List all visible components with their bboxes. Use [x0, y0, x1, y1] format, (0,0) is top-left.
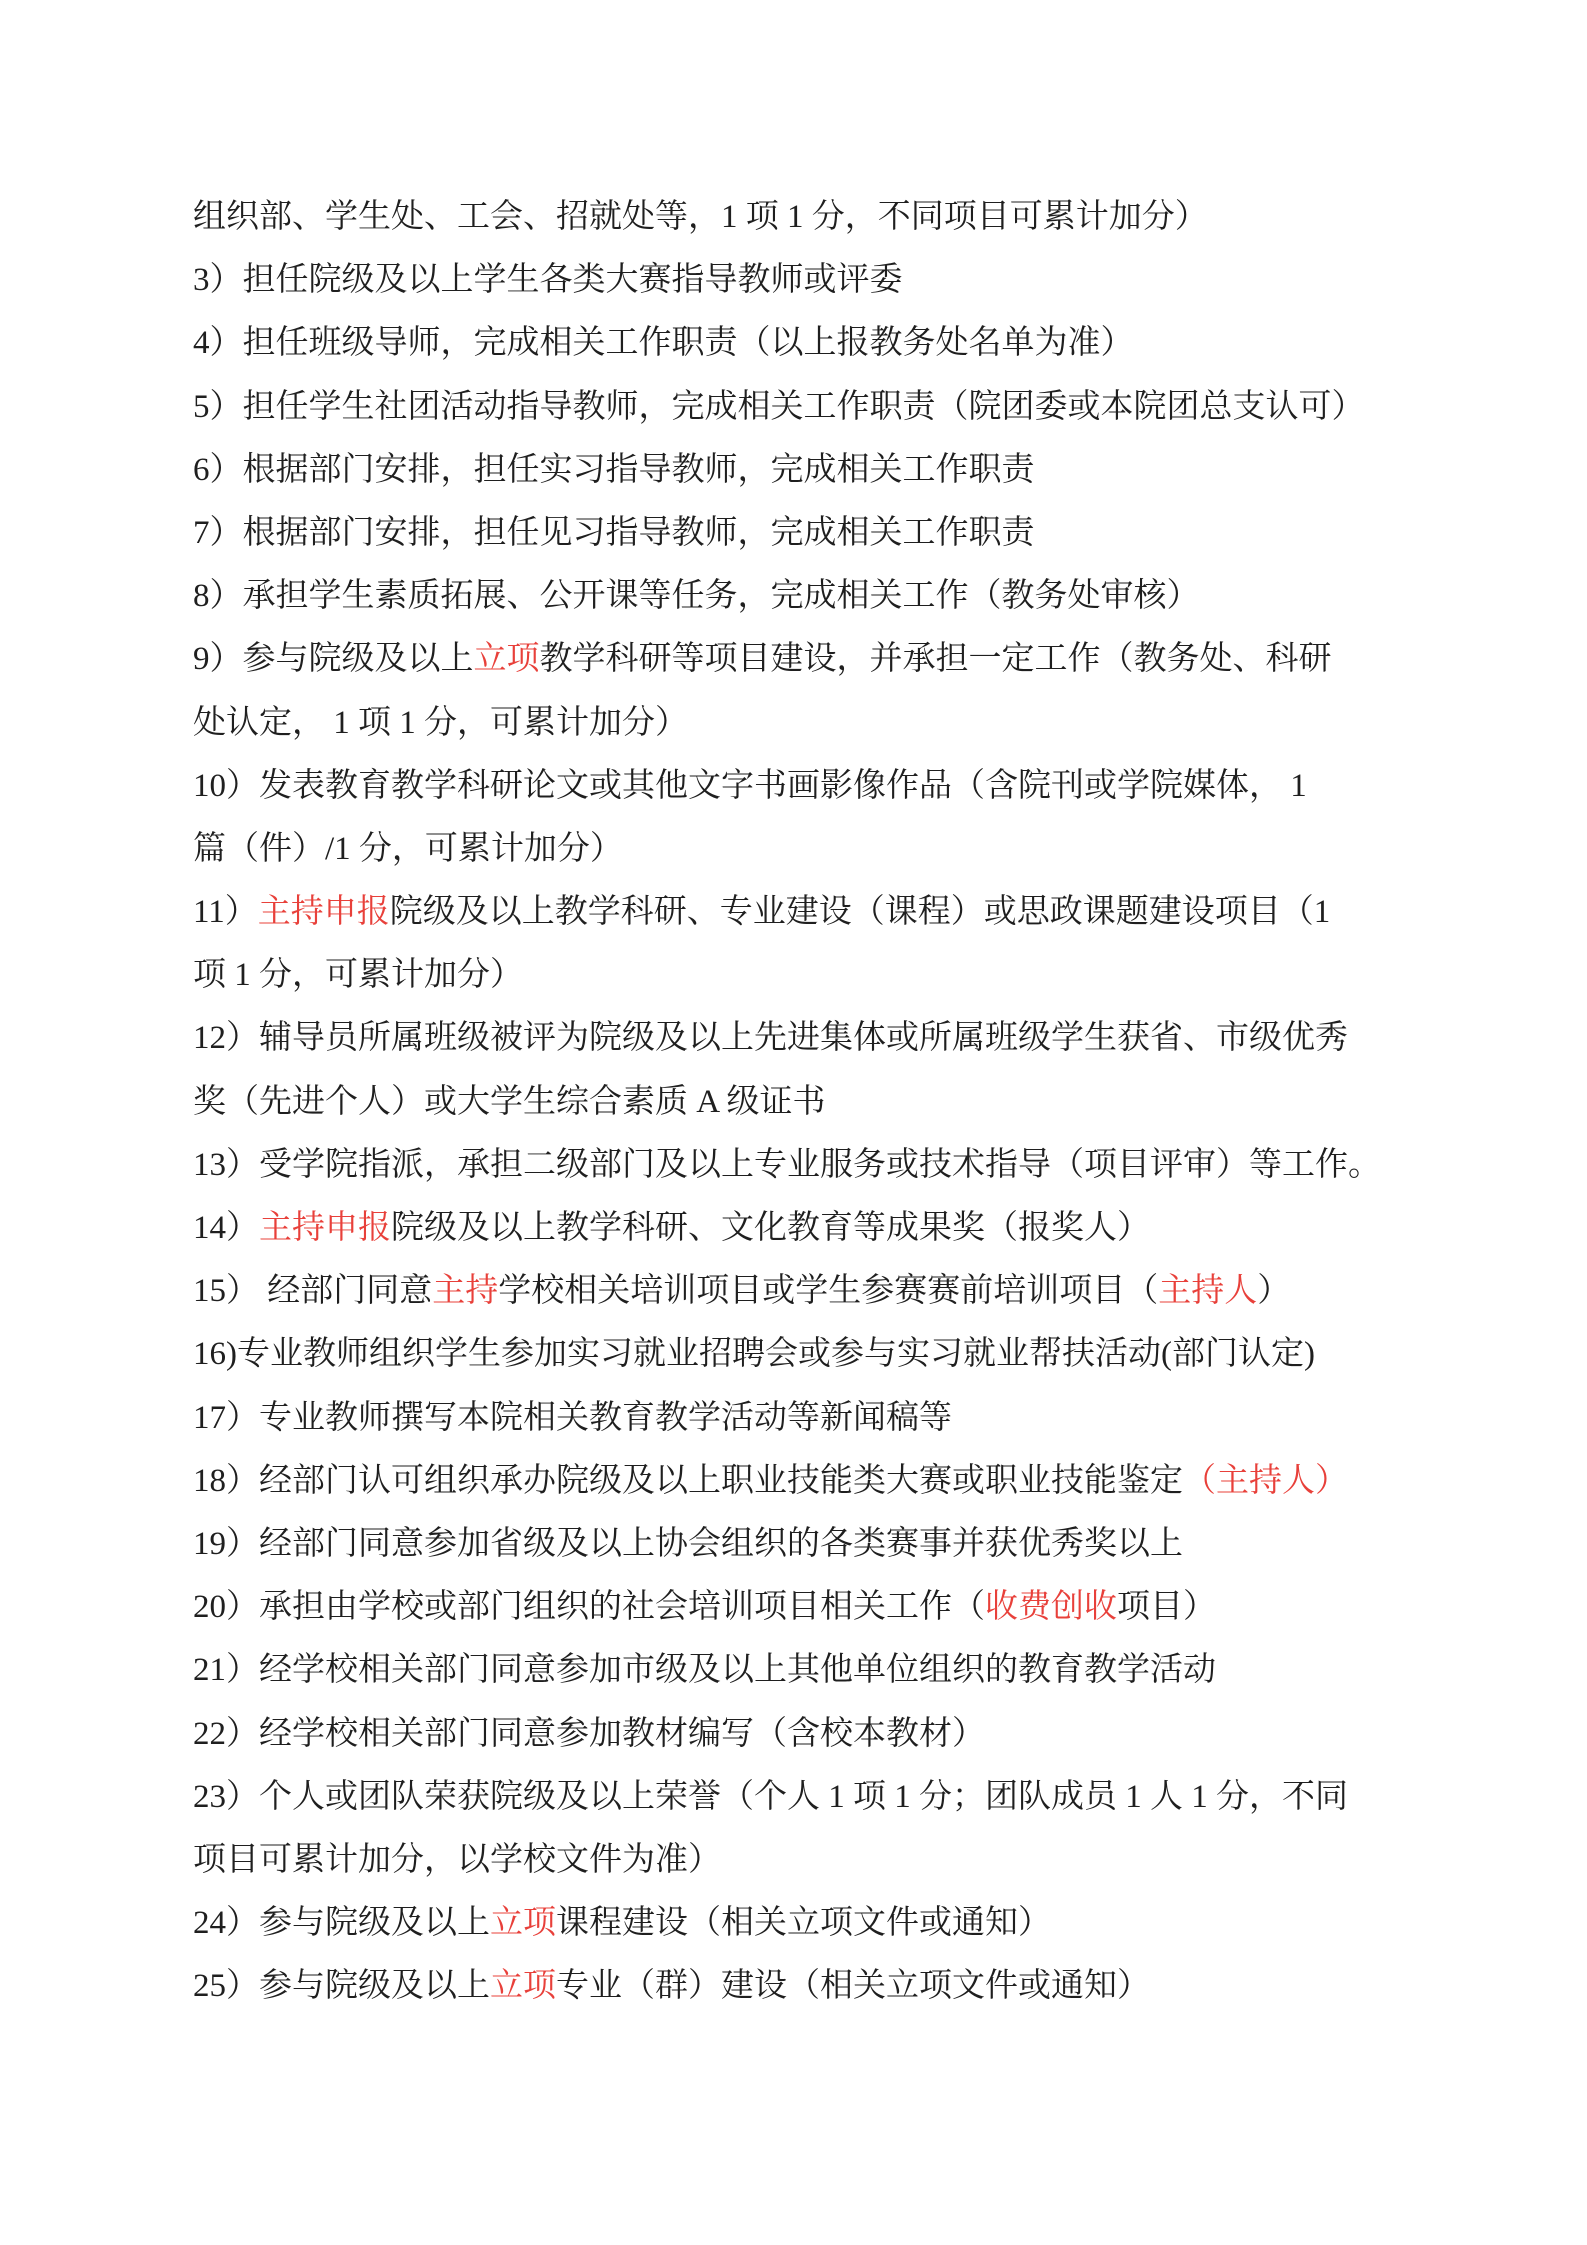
text-line: 5）担任学生社团活动指导教师，完成相关工作职责（院团委或本院团总支认可） [193, 376, 1453, 439]
text-line: 14）主持申报院级及以上教学科研、文化教育等成果奖（报奖人） [193, 1197, 1453, 1260]
text-segment: 项目可累计加分，以学校文件为准） [193, 1842, 721, 1878]
text-segment: 10）发表教育教学科研论文或其他文字书画影像作品（含院刊或学院媒体， 1 [193, 768, 1307, 804]
text-segment: 8）承担学生素质拓展、公开课等任务，完成相关工作（教务处审核） [193, 578, 1200, 614]
text-segment: 专业（群）建设（相关立项文件或通知） [556, 1968, 1150, 2004]
text-segment: 3）担任院级及以上学生各类大赛指导教师或评委 [193, 262, 903, 298]
text-segment: 教学科研等项目建设，并承担一定工作（教务处、科研 [540, 641, 1332, 677]
text-line: 24）参与院级及以上立项课程建设（相关立项文件或通知） [193, 1892, 1453, 1955]
highlighted-text: 主持申报 [259, 1210, 391, 1246]
highlighted-text: （主持人） [1183, 1463, 1348, 1499]
text-segment: ） [1257, 1273, 1290, 1309]
text-line: 4）担任班级导师，完成相关工作职责（以上报教务处名单为准） [193, 312, 1453, 375]
text-line: 10）发表教育教学科研论文或其他文字书画影像作品（含院刊或学院媒体， 1 [193, 755, 1453, 818]
text-segment: 15） 经部门同意 [193, 1273, 432, 1309]
text-line: 21）经学校相关部门同意参加市级及以上其他单位组织的教育教学活动 [193, 1639, 1453, 1702]
text-segment: 19）经部门同意参加省级及以上协会组织的各类赛事并获优秀奖以上 [193, 1526, 1183, 1562]
highlighted-text: 立项 [474, 641, 540, 677]
text-line: 项 1 分，可累计加分） [193, 944, 1453, 1007]
document-page: 组织部、学生处、工会、招就处等，1 项 1 分，不同项目可累计加分）3）担任院级… [0, 0, 1587, 2245]
text-line: 23）个人或团队荣获院级及以上荣誉（个人 1 项 1 分；团队成员 1 人 1 … [193, 1766, 1453, 1829]
text-segment: 11） [193, 894, 258, 930]
highlighted-text: 立项 [490, 1968, 556, 2004]
text-line: 组织部、学生处、工会、招就处等，1 项 1 分，不同项目可累计加分） [193, 186, 1453, 249]
text-segment: 18）经部门认可组织承办院级及以上职业技能类大赛或职业技能鉴定 [193, 1463, 1183, 1499]
text-segment: 6）根据部门安排，担任实习指导教师，完成相关工作职责 [193, 452, 1035, 488]
text-line: 11）主持申报院级及以上教学科研、专业建设（课程）或思政课题建设项目（1 [193, 881, 1453, 944]
text-line: 8）承担学生素质拓展、公开课等任务，完成相关工作（教务处审核） [193, 565, 1453, 628]
text-line: 17）专业教师撰写本院相关教育教学活动等新闻稿等 [193, 1387, 1453, 1450]
text-line: 22）经学校相关部门同意参加教材编写（含校本教材） [193, 1703, 1453, 1766]
text-segment: 篇（件）/1 分，可累计加分） [193, 831, 623, 867]
document-body: 组织部、学生处、工会、招就处等，1 项 1 分，不同项目可累计加分）3）担任院级… [193, 186, 1453, 2018]
text-segment: 奖（先进个人）或大学生综合素质 A 级证书 [193, 1084, 826, 1120]
text-segment: 院级及以上教学科研、专业建设（课程）或思政课题建设项目（1 [390, 894, 1331, 930]
text-line: 13）受学院指派，承担二级部门及以上专业服务或技术指导（项目评审）等工作。 [193, 1134, 1453, 1197]
text-segment: 处认定， 1 项 1 分，可累计加分） [193, 705, 688, 741]
highlighted-text: 主持申报 [258, 894, 390, 930]
text-segment: 学校相关培训项目或学生参赛赛前培训项目（ [498, 1273, 1158, 1309]
text-segment: 院级及以上教学科研、文化教育等成果奖（报奖人） [391, 1210, 1150, 1246]
text-segment: 16)专业教师组织学生参加实习就业招聘会或参与实习就业帮扶活动(部门认定) [193, 1336, 1315, 1372]
text-segment: 14） [193, 1210, 259, 1246]
text-segment: 9）参与院级及以上 [193, 641, 474, 677]
text-segment: 17）专业教师撰写本院相关教育教学活动等新闻稿等 [193, 1400, 952, 1436]
text-segment: 7）根据部门安排，担任见习指导教师，完成相关工作职责 [193, 515, 1035, 551]
highlighted-text: 主持 [432, 1273, 498, 1309]
text-line: 项目可累计加分，以学校文件为准） [193, 1829, 1453, 1892]
highlighted-text: 主持人 [1158, 1273, 1257, 1309]
text-segment: 23）个人或团队荣获院级及以上荣誉（个人 1 项 1 分；团队成员 1 人 1 … [193, 1779, 1348, 1815]
text-segment: 24）参与院级及以上 [193, 1905, 490, 1941]
highlighted-text: 立项 [490, 1905, 556, 1941]
text-line: 7）根据部门安排，担任见习指导教师，完成相关工作职责 [193, 502, 1453, 565]
text-segment: 21）经学校相关部门同意参加市级及以上其他单位组织的教育教学活动 [193, 1652, 1216, 1688]
text-line: 20）承担由学校或部门组织的社会培训项目相关工作（收费创收项目） [193, 1576, 1453, 1639]
text-segment: 13）受学院指派，承担二级部门及以上专业服务或技术指导（项目评审）等工作。 [193, 1147, 1381, 1183]
text-segment: 项目） [1117, 1589, 1216, 1625]
text-segment: 课程建设（相关立项文件或通知） [556, 1905, 1051, 1941]
text-line: 16)专业教师组织学生参加实习就业招聘会或参与实习就业帮扶活动(部门认定) [193, 1323, 1453, 1386]
text-segment: 20）承担由学校或部门组织的社会培训项目相关工作（ [193, 1589, 985, 1625]
text-segment: 组织部、学生处、工会、招就处等，1 项 1 分，不同项目可累计加分） [193, 199, 1208, 235]
text-line: 处认定， 1 项 1 分，可累计加分） [193, 692, 1453, 755]
text-segment: 22）经学校相关部门同意参加教材编写（含校本教材） [193, 1716, 985, 1752]
text-line: 18）经部门认可组织承办院级及以上职业技能类大赛或职业技能鉴定（主持人） [193, 1450, 1453, 1513]
text-line: 9）参与院级及以上立项教学科研等项目建设，并承担一定工作（教务处、科研 [193, 628, 1453, 691]
text-line: 3）担任院级及以上学生各类大赛指导教师或评委 [193, 249, 1453, 312]
text-line: 12）辅导员所属班级被评为院级及以上先进集体或所属班级学生获省、市级优秀 [193, 1007, 1453, 1070]
text-segment: 5）担任学生社团活动指导教师，完成相关工作职责（院团委或本院团总支认可） [193, 389, 1365, 425]
highlighted-text: 收费创收 [985, 1589, 1117, 1625]
text-segment: 25）参与院级及以上 [193, 1968, 490, 2004]
text-segment: 12）辅导员所属班级被评为院级及以上先进集体或所属班级学生获省、市级优秀 [193, 1020, 1348, 1056]
text-line: 6）根据部门安排，担任实习指导教师，完成相关工作职责 [193, 439, 1453, 502]
text-line: 25）参与院级及以上立项专业（群）建设（相关立项文件或通知） [193, 1955, 1453, 2018]
text-segment: 项 1 分，可累计加分） [193, 957, 523, 993]
text-line: 19）经部门同意参加省级及以上协会组织的各类赛事并获优秀奖以上 [193, 1513, 1453, 1576]
text-segment: 4）担任班级导师，完成相关工作职责（以上报教务处名单为准） [193, 325, 1134, 361]
text-line: 15） 经部门同意主持学校相关培训项目或学生参赛赛前培训项目（主持人） [193, 1260, 1453, 1323]
text-line: 篇（件）/1 分，可累计加分） [193, 818, 1453, 881]
text-line: 奖（先进个人）或大学生综合素质 A 级证书 [193, 1071, 1453, 1134]
